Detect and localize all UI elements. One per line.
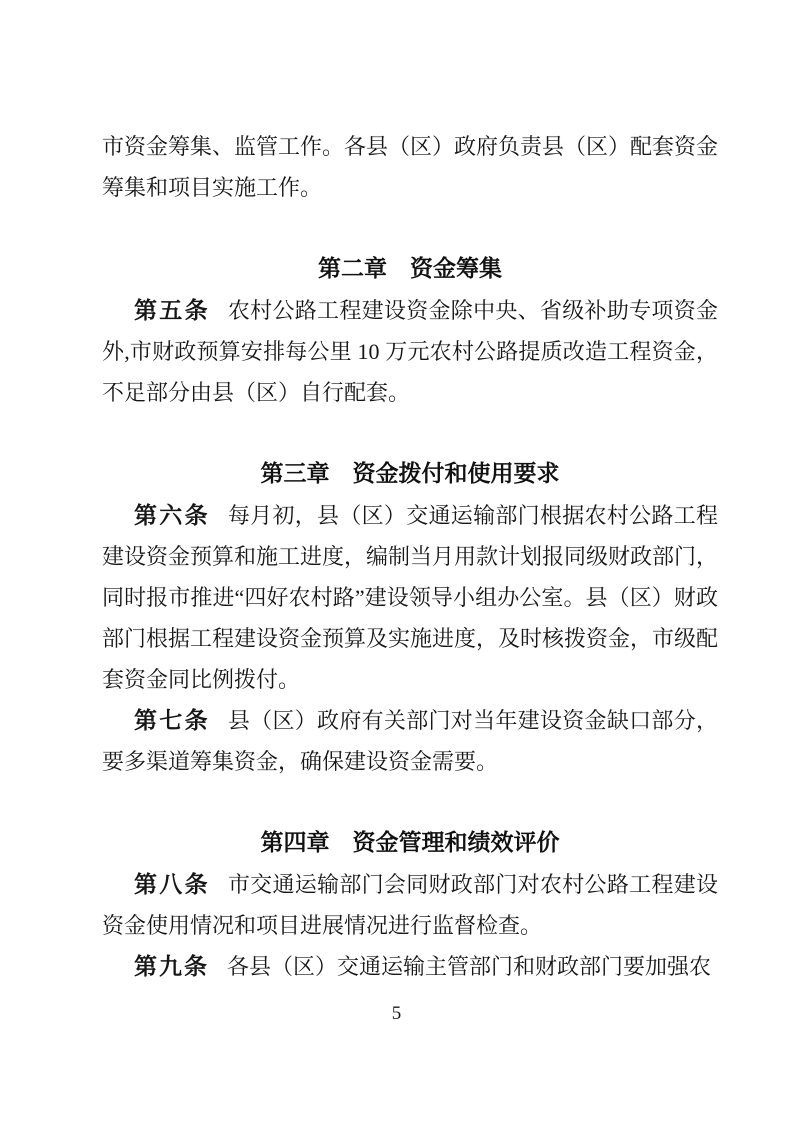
chapter-number: 第四章 (261, 829, 330, 855)
chapter-heading-3: 第三章资金拨付和使用要求 (102, 451, 718, 495)
article-label: 第八条 (134, 871, 210, 897)
chapter-title: 资金管理和绩效评价 (353, 829, 560, 855)
article-paragraph-8: 第八条市交通运输部门会同财政部门对农村公路工程建设资金使用情况和项目进展情况进行… (102, 864, 718, 946)
chapter-heading-4: 第四章资金管理和绩效评价 (102, 820, 718, 864)
article-paragraph-9: 第九条各县（区）交通运输主管部门和财政部门要加强农 (102, 946, 718, 987)
paragraph-continuation: 市资金筹集、监管工作。各县（区）政府负责县（区）配套资金筹集和项目实施工作。 (102, 126, 718, 208)
article-paragraph-7: 第七条县（区）政府有关部门对当年建设资金缺口部分，要多渠道筹集资金，确保建设资金… (102, 700, 718, 782)
chapter-number: 第二章 (318, 255, 387, 281)
document-page: 市资金筹集、监管工作。各县（区）政府负责县（区）配套资金筹集和项目实施工作。 第… (0, 0, 793, 1122)
chapter-title: 资金拨付和使用要求 (353, 460, 560, 486)
chapter-heading-2: 第二章资金筹集 (102, 246, 718, 290)
article-label: 第六条 (134, 502, 210, 528)
article-paragraph-6: 第六条每月初，县（区）交通运输部门根据农村公路工程建设资金预算和施工进度，编制当… (102, 495, 718, 700)
article-paragraph-5: 第五条农村公路工程建设资金除中央、省级补助专项资金外,市财政预算安排每公里 10… (102, 290, 718, 413)
chapter-number: 第三章 (261, 460, 330, 486)
chapter-title: 资金筹集 (410, 255, 502, 281)
page-number: 5 (0, 1001, 793, 1027)
article-label: 第五条 (134, 297, 210, 323)
article-label: 第九条 (134, 953, 209, 979)
article-label: 第七条 (134, 707, 210, 733)
article-text: 每月初，县（区）交通运输部门根据农村公路工程建设资金预算和施工进度，编制当月用款… (102, 503, 718, 692)
article-text: 各县（区）交通运输主管部门和财政部门要加强农 (227, 954, 711, 979)
